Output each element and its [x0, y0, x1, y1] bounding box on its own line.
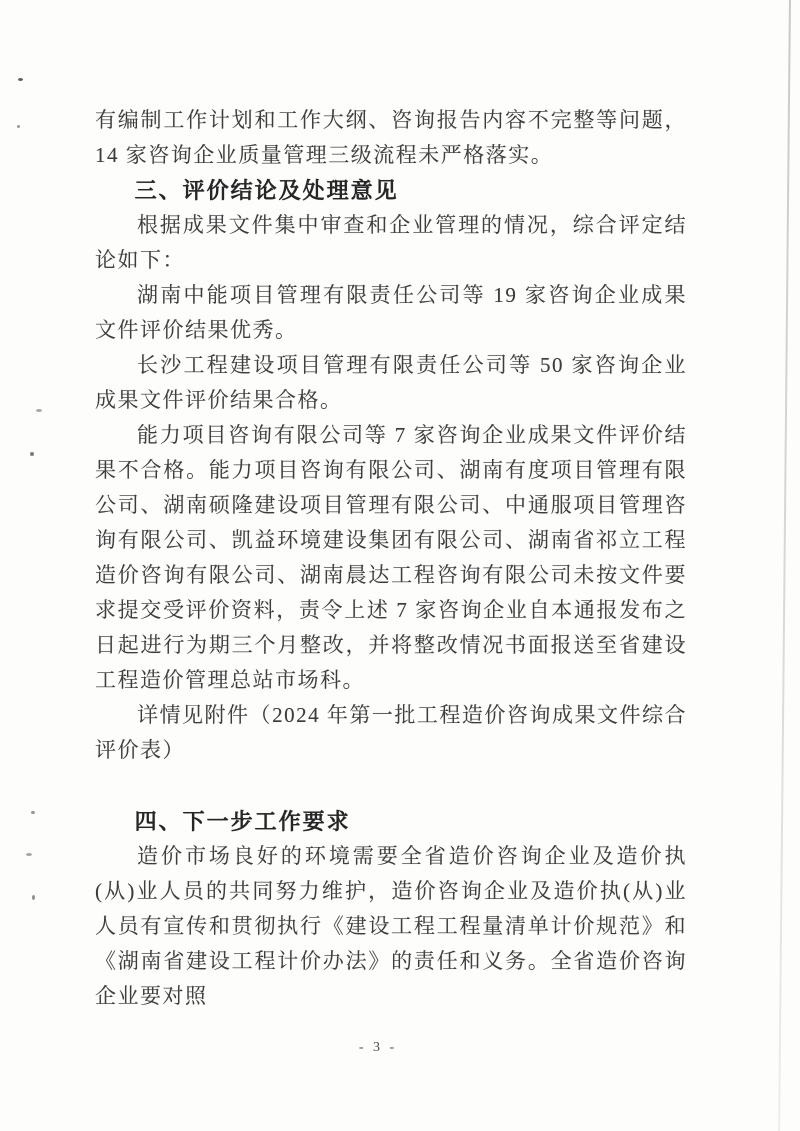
- document-body: 有编制工作计划和工作大纲、咨询报告内容不完整等问题，14 家咨询企业质量管理三级…: [95, 103, 687, 1014]
- section-heading-next-steps: 四、下一步工作要求: [95, 804, 687, 839]
- scan-speck: [17, 125, 20, 128]
- paragraph-continuation: 有编制工作计划和工作大纲、咨询报告内容不完整等问题，14 家咨询企业质量管理三级…: [95, 103, 687, 173]
- paragraph-attachment-note: 详情见附件（2024 年第一批工程造价咨询成果文件综合评价表）: [95, 698, 687, 768]
- scan-speck: [36, 409, 42, 412]
- document-page: 有编制工作计划和工作大纲、咨询报告内容不完整等问题，14 家咨询企业质量管理三级…: [0, 0, 800, 1131]
- paragraph-excellent-result: 湖南中能项目管理有限责任公司等 19 家咨询企业成果文件评价结果优秀。: [95, 278, 687, 348]
- scan-speck: [32, 895, 35, 900]
- paragraph-unqualified-result: 能力项目咨询有限公司等 7 家咨询企业成果文件评价结果不合格。能力项目咨询有限公…: [95, 418, 687, 698]
- scan-speck: [26, 853, 32, 856]
- scan-speck: [31, 811, 35, 814]
- paragraph-qualified-result: 长沙工程建设项目管理有限责任公司等 50 家咨询企业成果文件评价结果合格。: [95, 348, 687, 418]
- page-number: - 3 -: [338, 1040, 418, 1056]
- paragraph-next-steps: 造价市场良好的环境需要全省造价咨询企业及造价执(从)业人员的共同努力维护，造价咨…: [95, 839, 687, 1014]
- paragraph-conclusion-intro: 根据成果文件集中审查和企业管理的情况，综合评定结论如下：: [95, 208, 687, 278]
- section-heading-evaluation-conclusion: 三、评价结论及处理意见: [95, 173, 687, 208]
- scan-edge-shadow: [778, 0, 791, 1131]
- scan-speck: [18, 78, 23, 81]
- scan-speck: [30, 452, 34, 456]
